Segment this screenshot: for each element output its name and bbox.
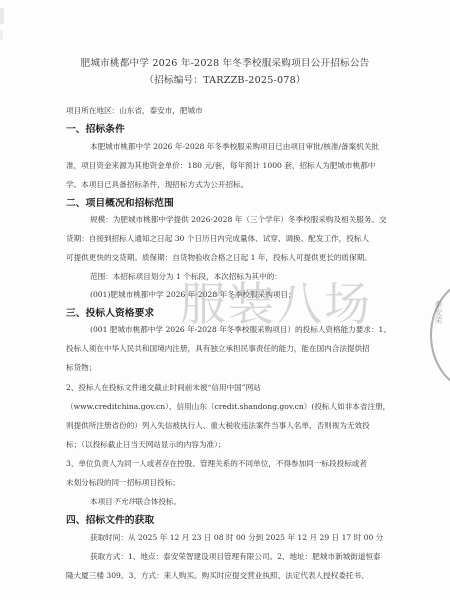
region-line: 项目所在地区：山东省，泰安市，肥城市 bbox=[66, 106, 396, 116]
paragraph-line: 投标人须在中华人民共和国境内注册，具有独立承担民事责任的能力，能在国内合法提供招 bbox=[66, 344, 396, 354]
paragraph-line: 隆大厦三楼 309。3、方式：来人购买。购买时应提交营业执照、法定代表人授权委托… bbox=[66, 571, 396, 581]
paragraph-line: 3、单位负责人为同一人或者存在控股、管理关系的不同单位，不得参加同一标段投标或者 bbox=[66, 459, 396, 469]
paragraph-line: 准，项目资金来源为其他资金单价：180 元/套，每年预计 1000 套，招标人为… bbox=[66, 161, 396, 171]
section-heading-4: 四、招标文件的获取 bbox=[66, 512, 154, 526]
consortium-prefix: 本项目 bbox=[90, 497, 113, 506]
paragraph-line: 本肥城市桃都中学 2026 年-2028 年冬季校服采购项目已由项目审批/核准/… bbox=[90, 142, 396, 152]
paragraph-line: 未划分标段的同一招标项目投标； bbox=[66, 478, 396, 488]
scan-artifact bbox=[0, 8, 4, 24]
section-heading-1: 一、招标条件 bbox=[66, 121, 125, 135]
consortium-italic: 不允许 bbox=[113, 497, 136, 506]
paragraph-line: 获取方式：1、地点：泰安荣智建设项目管理有限公司。2、地址：肥城市新城街道恒泰 bbox=[90, 552, 396, 562]
paragraph-line: 则提供所注册省份的）列入失信被执行人、重大税收违法案件当事人名单，否则视为无效投 bbox=[66, 421, 396, 431]
consortium-line: 本项目不允许联合体投标。 bbox=[90, 497, 396, 507]
paragraph-line: 货期：自接到招标人通知之日起 30 个日历日内完成量体、试穿、调换、配发工作，投… bbox=[66, 234, 396, 244]
paragraph-line: 规模：为肥城市桃都中学提供 2026-2028 年（三个学年）冬季校服采购及相关… bbox=[90, 215, 396, 225]
document-page: 肥城市桃都中学 2026 年-2028 年冬季校服采购项目公开招标公告 （招标编… bbox=[0, 0, 450, 600]
document-title: 肥城市桃都中学 2026 年-2028 年冬季校服采购项目公开招标公告 bbox=[0, 55, 450, 69]
paragraph-line: 2、投标人在投标文件递交截止时间前未被“信用中国”网站 bbox=[66, 383, 396, 393]
bid-number: （招标编号：TARZZB-2025-078） bbox=[0, 72, 450, 86]
paragraph-line: 标；（以投标截止日当天网站显示的内容为准）； bbox=[66, 440, 396, 450]
paragraph-line: 可提供更快的交货期。质保期：自货物验收合格之日起 1 年，投标人可提供更长的质保… bbox=[66, 253, 396, 263]
paragraph-line: (001 肥城市桃都中学 2026 年-2028 年冬季校服采购项目）的投标人资… bbox=[90, 325, 396, 335]
scan-artifact bbox=[0, 30, 3, 40]
section-heading-2: 二、项目概况和招标范围 bbox=[66, 195, 174, 209]
seal-text: 泰安荣 bbox=[433, 300, 443, 324]
paragraph-line: 标货物； bbox=[66, 363, 396, 373]
paragraph-line: 范围：本招标项目划分为 1 个标段，本次招标为其中的： bbox=[90, 272, 396, 282]
paragraph-line: 学。本项目已具备招标条件，现招标方式为公开招标。 bbox=[66, 180, 396, 190]
paragraph-line: (001)肥城市桃都中学 2026 年-2028 年冬季校服采购项目； bbox=[90, 290, 396, 300]
consortium-suffix: 联合体投标。 bbox=[136, 497, 182, 506]
section-heading-3: 三、投标人资格要求 bbox=[66, 305, 154, 319]
paragraph-line: （www.creditchina.gov.cn）、信用山东（credit.sha… bbox=[66, 402, 396, 412]
paragraph-line: 获取时间：从 2025 年 12 月 23 日 08 时 00 分到 2025 … bbox=[90, 533, 396, 543]
official-seal bbox=[430, 278, 450, 392]
